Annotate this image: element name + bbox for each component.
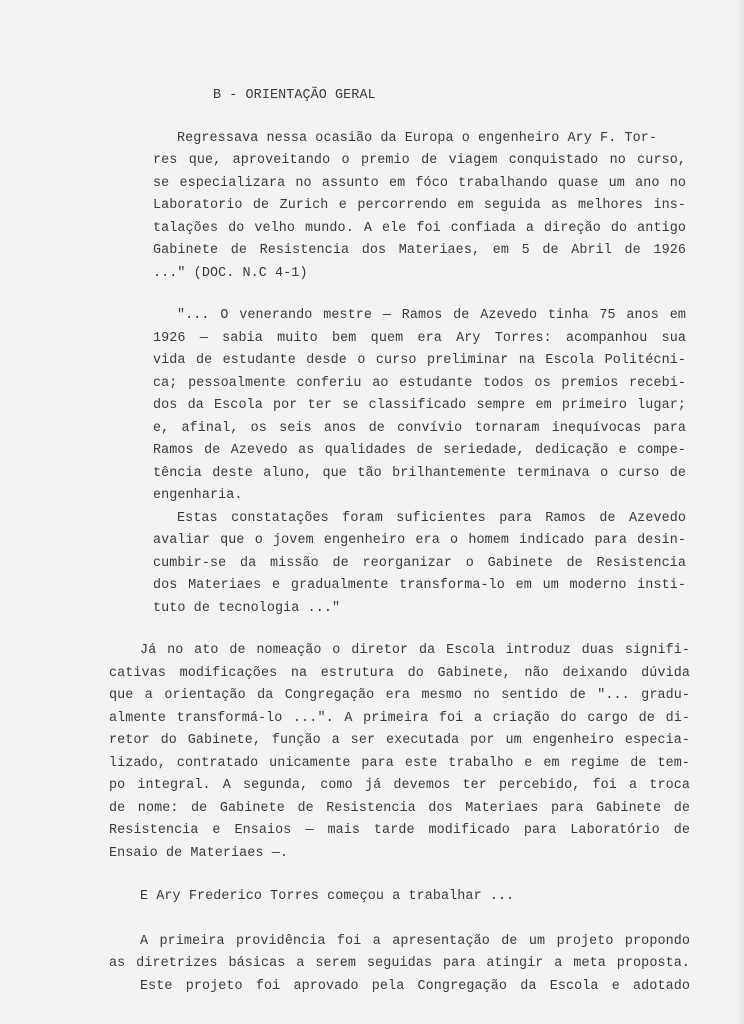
text-line: "... O venerando mestre — Ramos de Azeve… xyxy=(177,308,686,324)
text-line: Resistencia e Ensaios — mais tarde modif… xyxy=(109,823,690,839)
text-line: E Ary Frederico Torres começou a trabalh… xyxy=(140,889,514,905)
text-line: Estas constatações foram suficientes par… xyxy=(177,511,686,527)
text-line: tuto de tecnologia ..." xyxy=(153,601,340,617)
text-line: A primeira providência foi a apresentaçã… xyxy=(140,934,690,950)
text-line: se especializara no assunto em fóco trab… xyxy=(153,176,686,192)
text-line: cativas modificações na estrutura do Gab… xyxy=(109,666,690,682)
text-line: Gabinete de Resistencia dos Materiaes, e… xyxy=(153,243,686,259)
text-line: Já no ato de nomeação o diretor da Escol… xyxy=(140,643,690,659)
text-line: vida de estudante desde o curso prelimin… xyxy=(153,353,686,369)
text-line: Ramos de Azevedo as qualidades de seried… xyxy=(153,443,686,459)
text-line: Ensaio de Materiaes —. xyxy=(109,846,288,862)
text-line: as diretrizes básicas a serem seguidas p… xyxy=(109,956,690,972)
text-line: almente transformá-lo ...". A primeira f… xyxy=(109,711,690,727)
section-title: B - ORIENTAÇÃO GERAL xyxy=(213,88,376,104)
page-edge xyxy=(736,0,744,1024)
text-line: 1926 — sabia muito bem quem era Ary Torr… xyxy=(153,331,686,347)
text-line: lizado, contratado unicamente para este … xyxy=(109,756,690,772)
text-line: engenharia. xyxy=(153,488,243,504)
text-line: avaliar que o jovem engenheiro era o hom… xyxy=(153,533,686,549)
text-line: tência deste aluno, que tão brilhantemen… xyxy=(153,466,686,482)
text-line: Este projeto foi aprovado pela Congregaç… xyxy=(140,979,690,995)
text-line: Laboratorio de Zurich e percorrendo em s… xyxy=(153,198,686,214)
text-line: dos Materiaes e gradualmente transforma-… xyxy=(153,578,686,594)
text-line: talações do velho mundo. A ele foi confi… xyxy=(153,221,686,237)
text-line: que a orientação da Congregação era mesm… xyxy=(109,688,690,704)
text-line: e, afinal, os seis anos de convívio torn… xyxy=(153,421,686,437)
text-line: retor do Gabinete, função a ser executad… xyxy=(109,733,690,749)
text-line: Regressava nessa ocasião da Europa o eng… xyxy=(177,131,686,147)
text-line: dos da Escola por ter se classificado se… xyxy=(153,398,686,414)
text-line: res que, aproveitando o premio de viagem… xyxy=(153,153,686,169)
text-line: po integral. A segunda, como já devemos … xyxy=(109,778,690,794)
text-line: ..." (DOC. N.C 4-1) xyxy=(153,266,308,282)
text-line: ca; pessoalmente conferiu ao estudante t… xyxy=(153,376,686,392)
text-line: de nome: de Gabinete de Resistencia dos … xyxy=(109,801,690,817)
text-line: cumbir-se da missão de reorganizar o Gab… xyxy=(153,556,686,572)
